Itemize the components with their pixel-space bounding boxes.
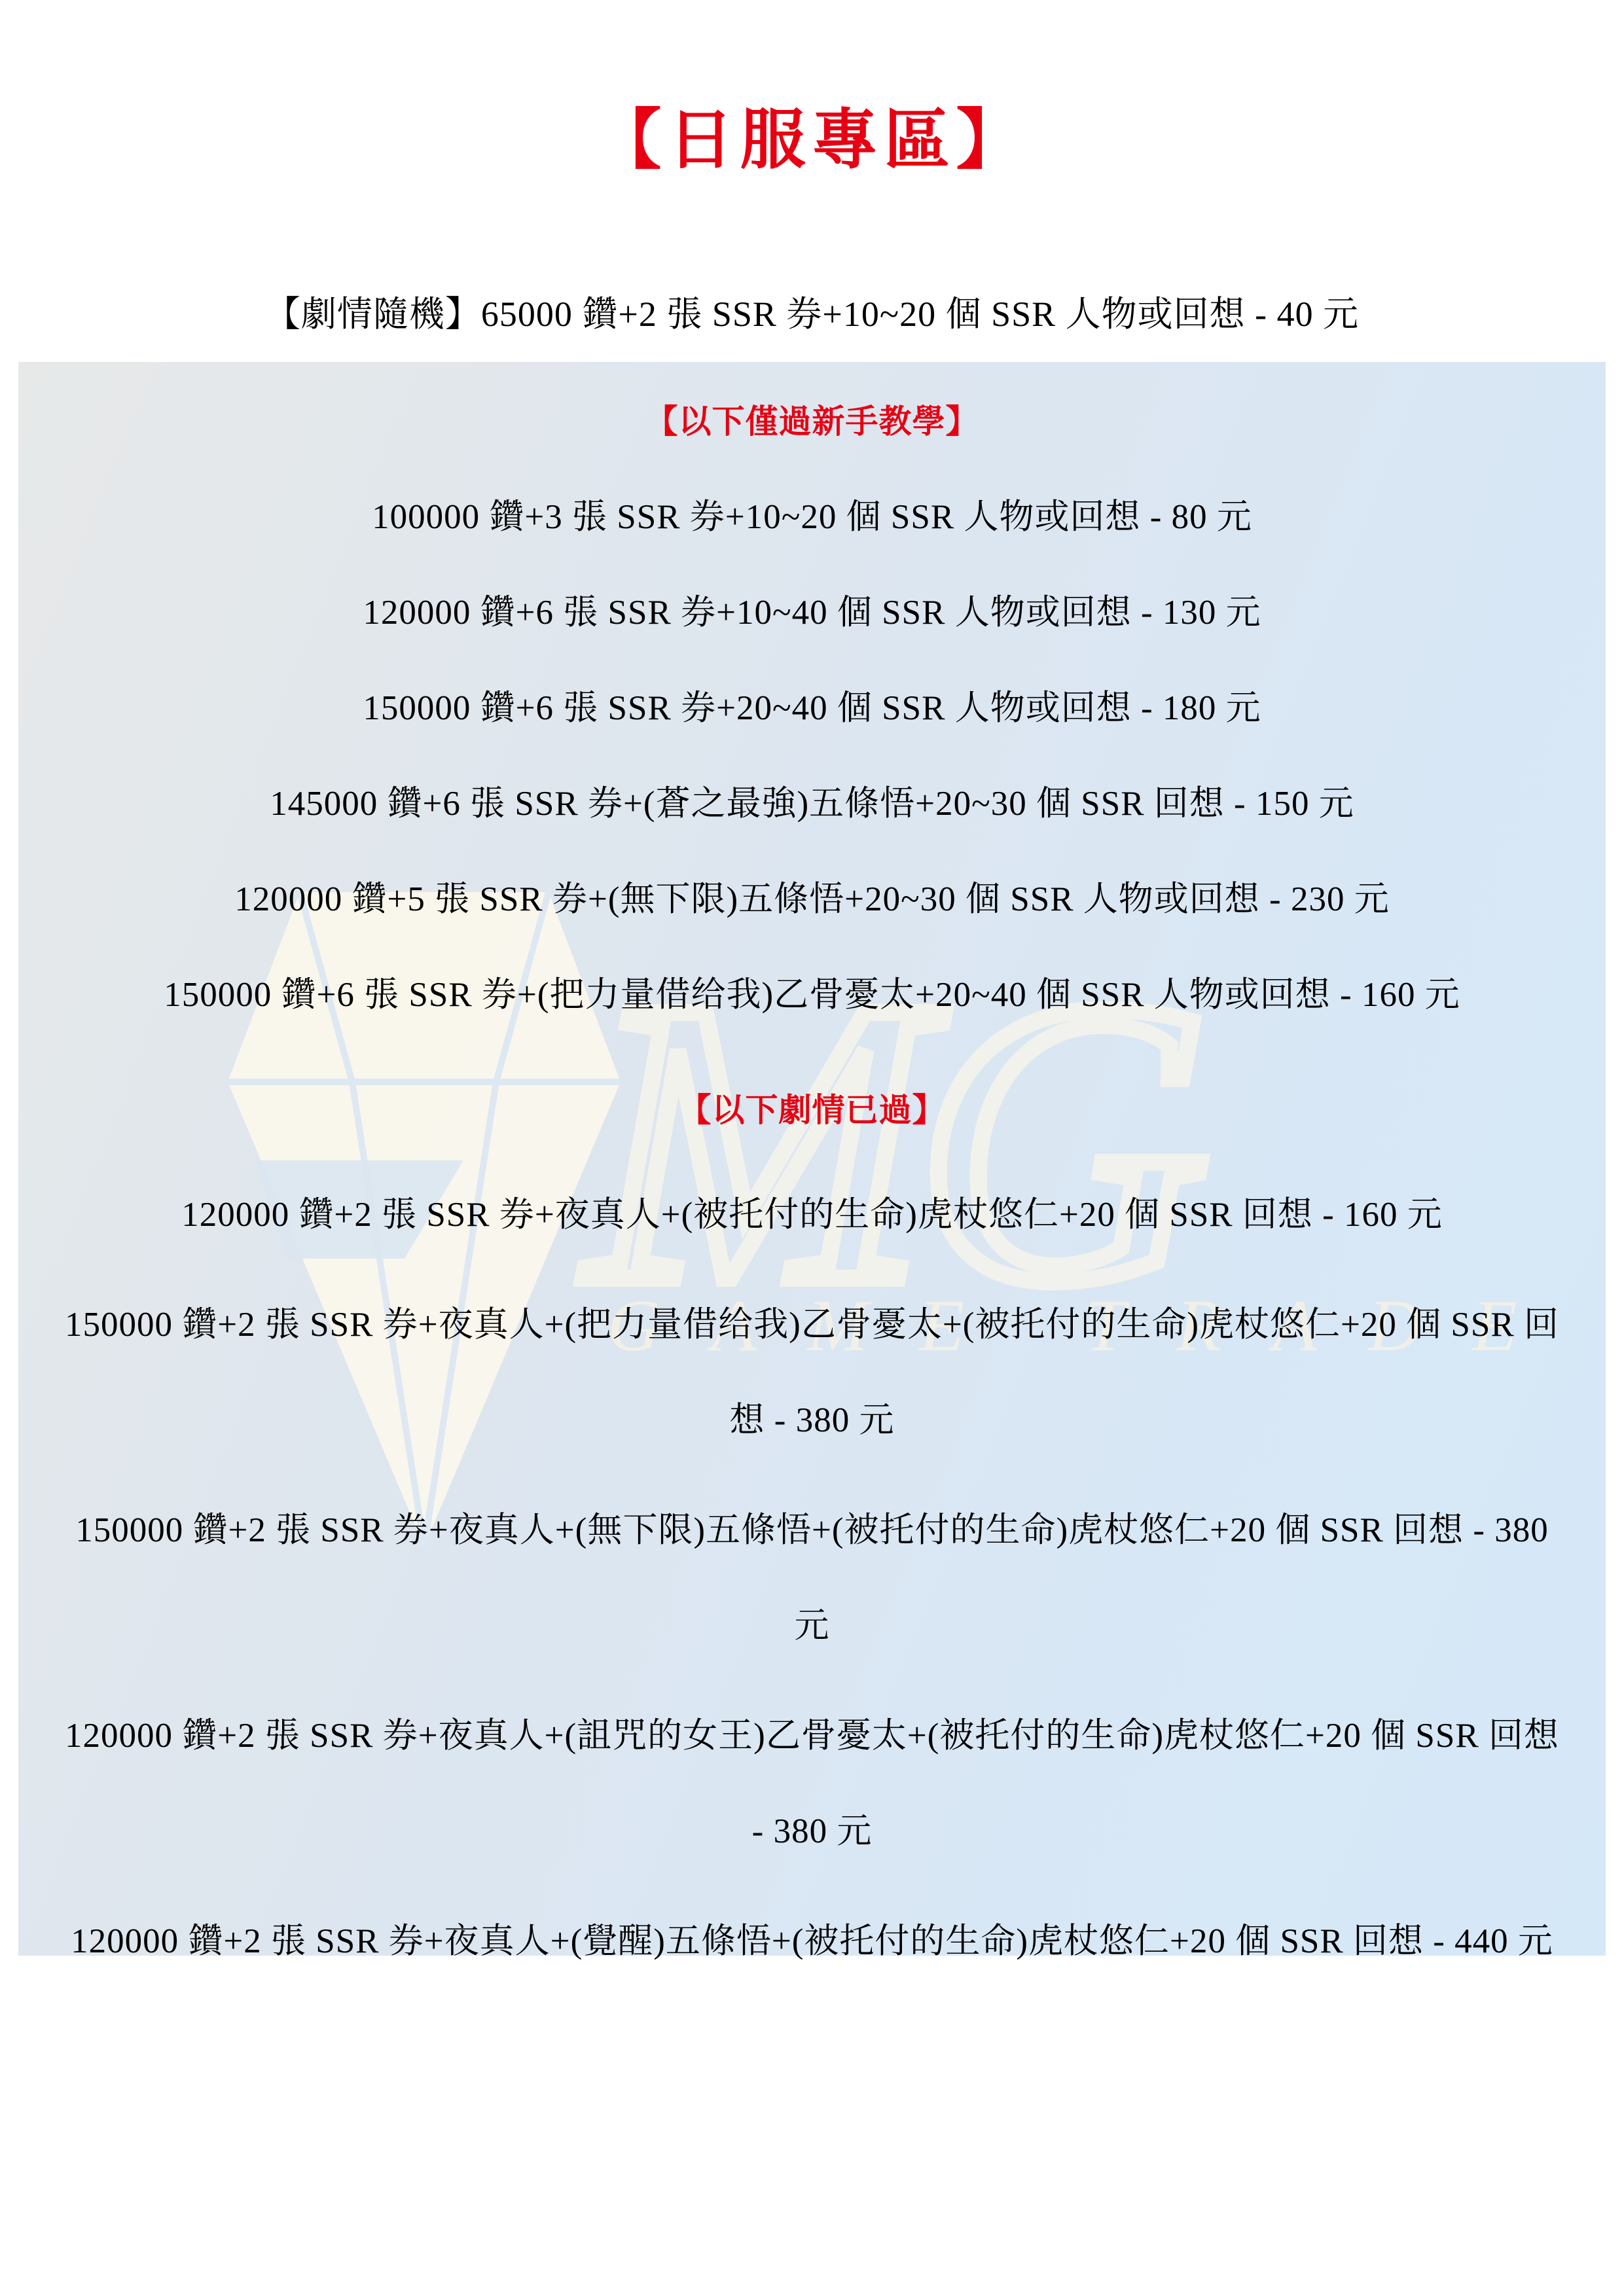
price-item: 120000 鑽+2 張 SSR 券+夜真人+(詛咒的女王)乙骨憂太+(被托付的… <box>54 1688 1570 1879</box>
page-title: 【日服專區】 <box>0 0 1624 177</box>
price-item: 145000 鑽+6 張 SSR 券+(蒼之最強)五條悟+20~30 個 SSR… <box>54 756 1570 852</box>
price-list: 【以下僅過新手教學】 100000 鑽+3 張 SSR 券+10~20 個 SS… <box>18 362 1606 1989</box>
section-header-story-passed: 【以下劇情已過】 <box>54 1062 1570 1158</box>
intro-price-item: 【劇情隨機】65000 鑽+2 張 SSR 券+10~20 個 SSR 人物或回… <box>0 285 1624 344</box>
price-item: 120000 鑽+5 張 SSR 券+(無下限)五條悟+20~30 個 SSR … <box>54 852 1570 947</box>
price-item: 150000 鑽+6 張 SSR 券+20~40 個 SSR 人物或回想 - 1… <box>54 660 1570 756</box>
price-item: 100000 鑽+3 張 SSR 券+10~20 個 SSR 人物或回想 - 8… <box>54 469 1570 565</box>
document-page: 【日服專區】 【劇情隨機】65000 鑽+2 張 SSR 券+10~20 個 S… <box>0 0 1624 2296</box>
price-item: 120000 鑽+2 張 SSR 券+夜真人+(被托付的生命)虎杖悠仁+20 個… <box>54 1167 1570 1263</box>
price-item: 150000 鑽+2 張 SSR 券+夜真人+(無下限)五條悟+(被托付的生命)… <box>54 1482 1570 1674</box>
section-header-tutorial: 【以下僅過新手教學】 <box>54 374 1570 469</box>
price-item: 120000 鑽+2 張 SSR 券+夜真人+(覺醒)五條悟+(被托付的生命)虎… <box>54 1893 1570 1989</box>
price-item: 150000 鑽+2 張 SSR 券+夜真人+(把力量借给我)乙骨憂太+(被托付… <box>54 1277 1570 1468</box>
price-item: 150000 鑽+6 張 SSR 券+(把力量借给我)乙骨憂太+20~40 個 … <box>54 947 1570 1043</box>
price-item: 120000 鑽+6 張 SSR 券+10~40 個 SSR 人物或回想 - 1… <box>54 565 1570 660</box>
content-area: MG GAME TRADE 【以下僅過新手教學】 100000 鑽+3 張 SS… <box>18 362 1606 1989</box>
